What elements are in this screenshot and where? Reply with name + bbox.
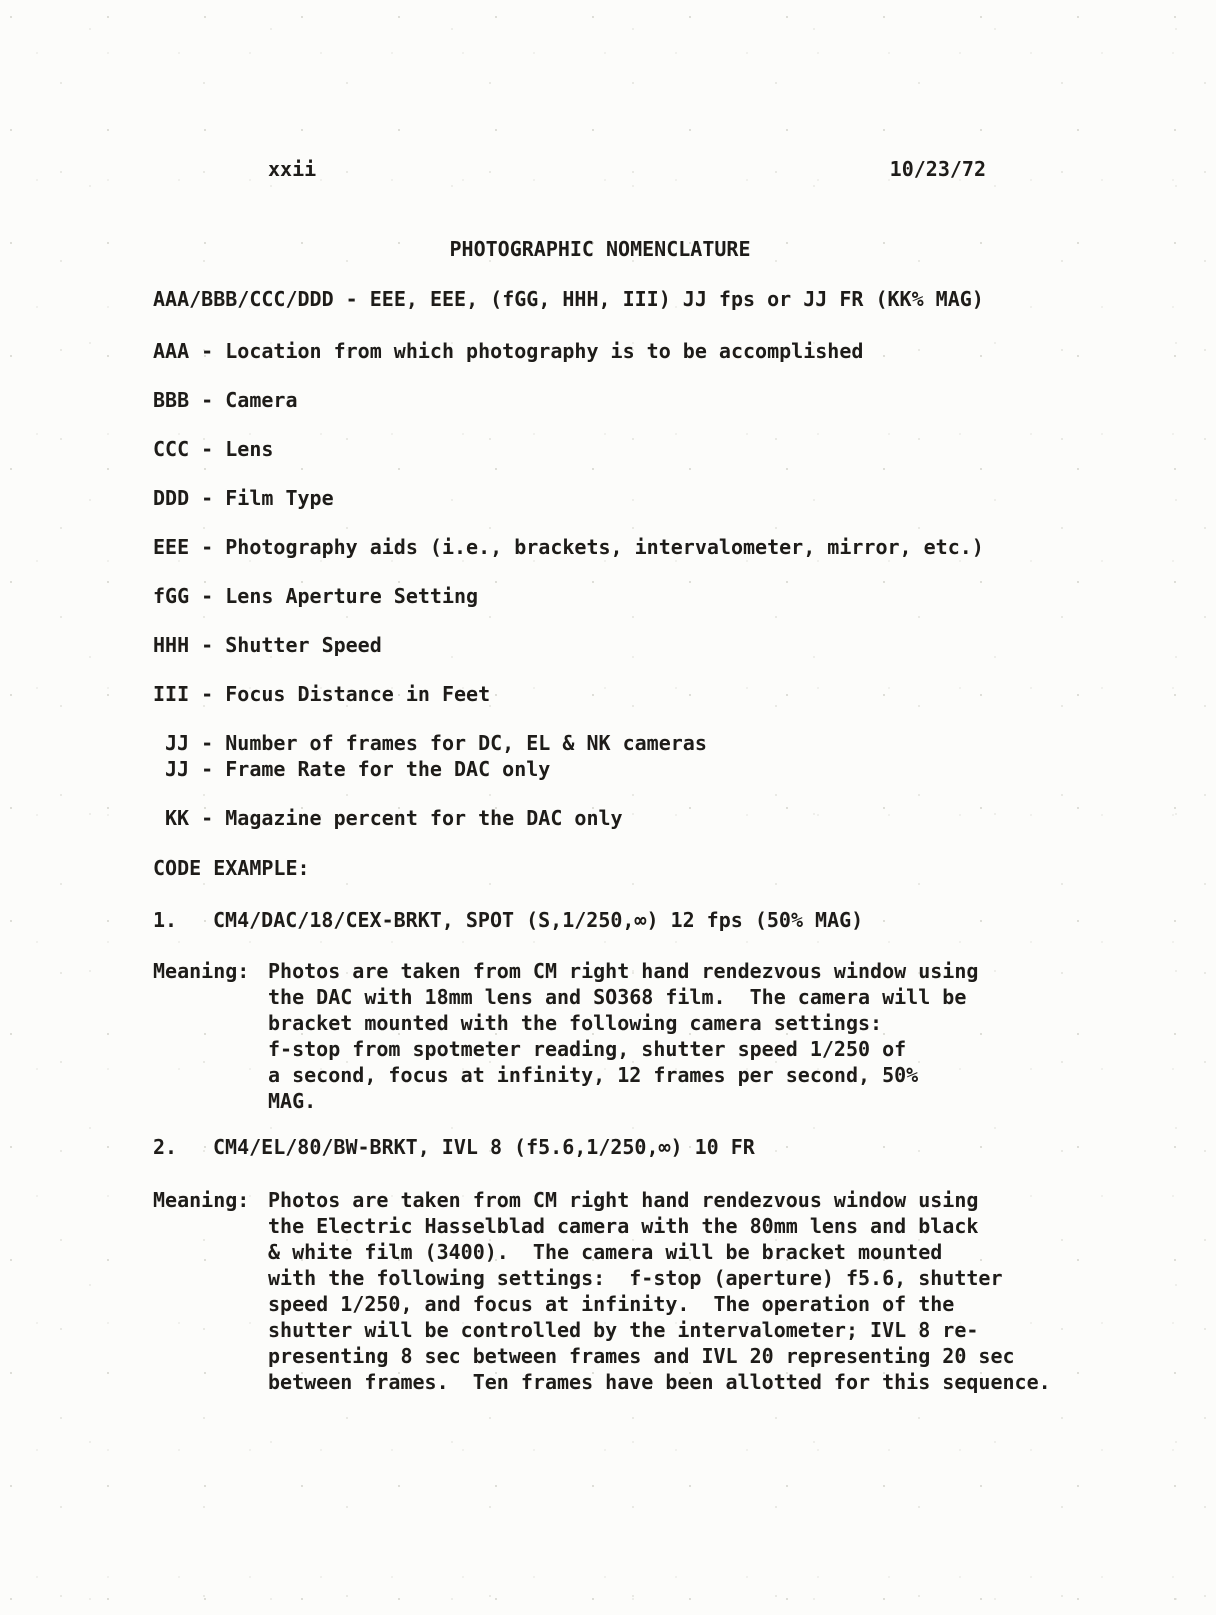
definition-code: CCC	[153, 436, 189, 462]
definition-code: III	[153, 681, 189, 707]
definition-row: AAA - Location from which photography is…	[153, 338, 1076, 364]
definition-separator: -	[189, 583, 225, 609]
definition-desc: Film Type	[225, 485, 1076, 511]
definition-desc: Number of frames for DC, EL & NK cameras	[225, 730, 1076, 756]
definition-separator: -	[189, 338, 225, 364]
definition-code: HHH	[153, 632, 189, 658]
definition-separator: -	[189, 730, 225, 756]
definition-separator: -	[189, 632, 225, 658]
definitions-list: AAA - Location from which photography is…	[153, 338, 1076, 831]
definition-row: CCC - Lens	[153, 436, 1076, 462]
example-1-header: 1.CM4/DAC/18/CEX-BRKT, SPOT (S,1/250,∞) …	[153, 907, 1076, 933]
definition-row: EEE - Photography aids (i.e., brackets, …	[153, 534, 1076, 560]
definition-desc: Camera	[225, 387, 1076, 413]
definition-code: EEE	[153, 534, 189, 560]
page-title: PHOTOGRAPHIC NOMENCLATURE	[153, 236, 1047, 262]
meaning-text: Photos are taken from CM right hand rend…	[268, 958, 1076, 1114]
definition-code: AAA	[153, 338, 189, 364]
definition-desc: Focus Distance in Feet	[225, 681, 1076, 707]
definition-desc: Magazine percent for the DAC only	[225, 805, 1076, 831]
example-code: CM4/DAC/18/CEX-BRKT, SPOT (S,1/250,∞) 12…	[213, 907, 1076, 933]
definition-code: KK	[153, 805, 189, 831]
definition-desc: Location from which photography is to be…	[225, 338, 1076, 364]
example-code: CM4/EL/80/BW-BRKT, IVL 8 (f5.6,1/250,∞) …	[213, 1134, 1076, 1160]
meaning-label: Meaning:	[153, 1187, 268, 1395]
definition-code: DDD	[153, 485, 189, 511]
example-2-meaning: Meaning:Photos are taken from CM right h…	[153, 1187, 1076, 1395]
definition-separator: -	[189, 805, 225, 831]
definition-row: fGG - Lens Aperture Setting	[153, 583, 1076, 609]
example-1-meaning: Meaning:Photos are taken from CM right h…	[153, 958, 1076, 1114]
definition-desc: Lens Aperture Setting	[225, 583, 1076, 609]
definition-code: fGG	[153, 583, 189, 609]
definition-code: JJ	[153, 756, 189, 782]
document-page: xxii 10/23/72 PHOTOGRAPHIC NOMENCLATURE …	[0, 0, 1216, 1395]
definition-separator: -	[189, 387, 225, 413]
example-number: 2.	[153, 1134, 213, 1160]
definition-row: HHH - Shutter Speed	[153, 632, 1076, 658]
definition-code: BBB	[153, 387, 189, 413]
definition-separator: -	[189, 485, 225, 511]
definition-code: JJ	[153, 730, 189, 756]
definition-separator: -	[189, 436, 225, 462]
nomenclature-format-line: AAA/BBB/CCC/DDD - EEE, EEE, (fGG, HHH, I…	[153, 286, 1076, 312]
page-header: xxii 10/23/72	[153, 156, 1076, 182]
definition-row: JJ - Frame Rate for the DAC only	[153, 756, 1076, 782]
definition-desc: Shutter Speed	[225, 632, 1076, 658]
example-number: 1.	[153, 907, 213, 933]
definition-separator: -	[189, 681, 225, 707]
meaning-label: Meaning:	[153, 958, 268, 1114]
definition-desc: Lens	[225, 436, 1076, 462]
definition-separator: -	[189, 534, 225, 560]
page-date: 10/23/72	[890, 156, 986, 182]
definition-row: BBB - Camera	[153, 387, 1076, 413]
definition-desc: Frame Rate for the DAC only	[225, 756, 1076, 782]
definition-desc: Photography aids (i.e., brackets, interv…	[225, 534, 1076, 560]
example-2-header: 2.CM4/EL/80/BW-BRKT, IVL 8 (f5.6,1/250,∞…	[153, 1134, 1076, 1160]
definition-row: III - Focus Distance in Feet	[153, 681, 1076, 707]
definition-separator: -	[189, 756, 225, 782]
definition-row: KK - Magazine percent for the DAC only	[153, 805, 1076, 831]
page-number: xxii	[268, 156, 316, 182]
code-example-heading: CODE EXAMPLE:	[153, 855, 1076, 881]
meaning-text: Photos are taken from CM right hand rend…	[268, 1187, 1076, 1395]
definition-row: DDD - Film Type	[153, 485, 1076, 511]
definition-row: JJ - Number of frames for DC, EL & NK ca…	[153, 730, 1076, 756]
